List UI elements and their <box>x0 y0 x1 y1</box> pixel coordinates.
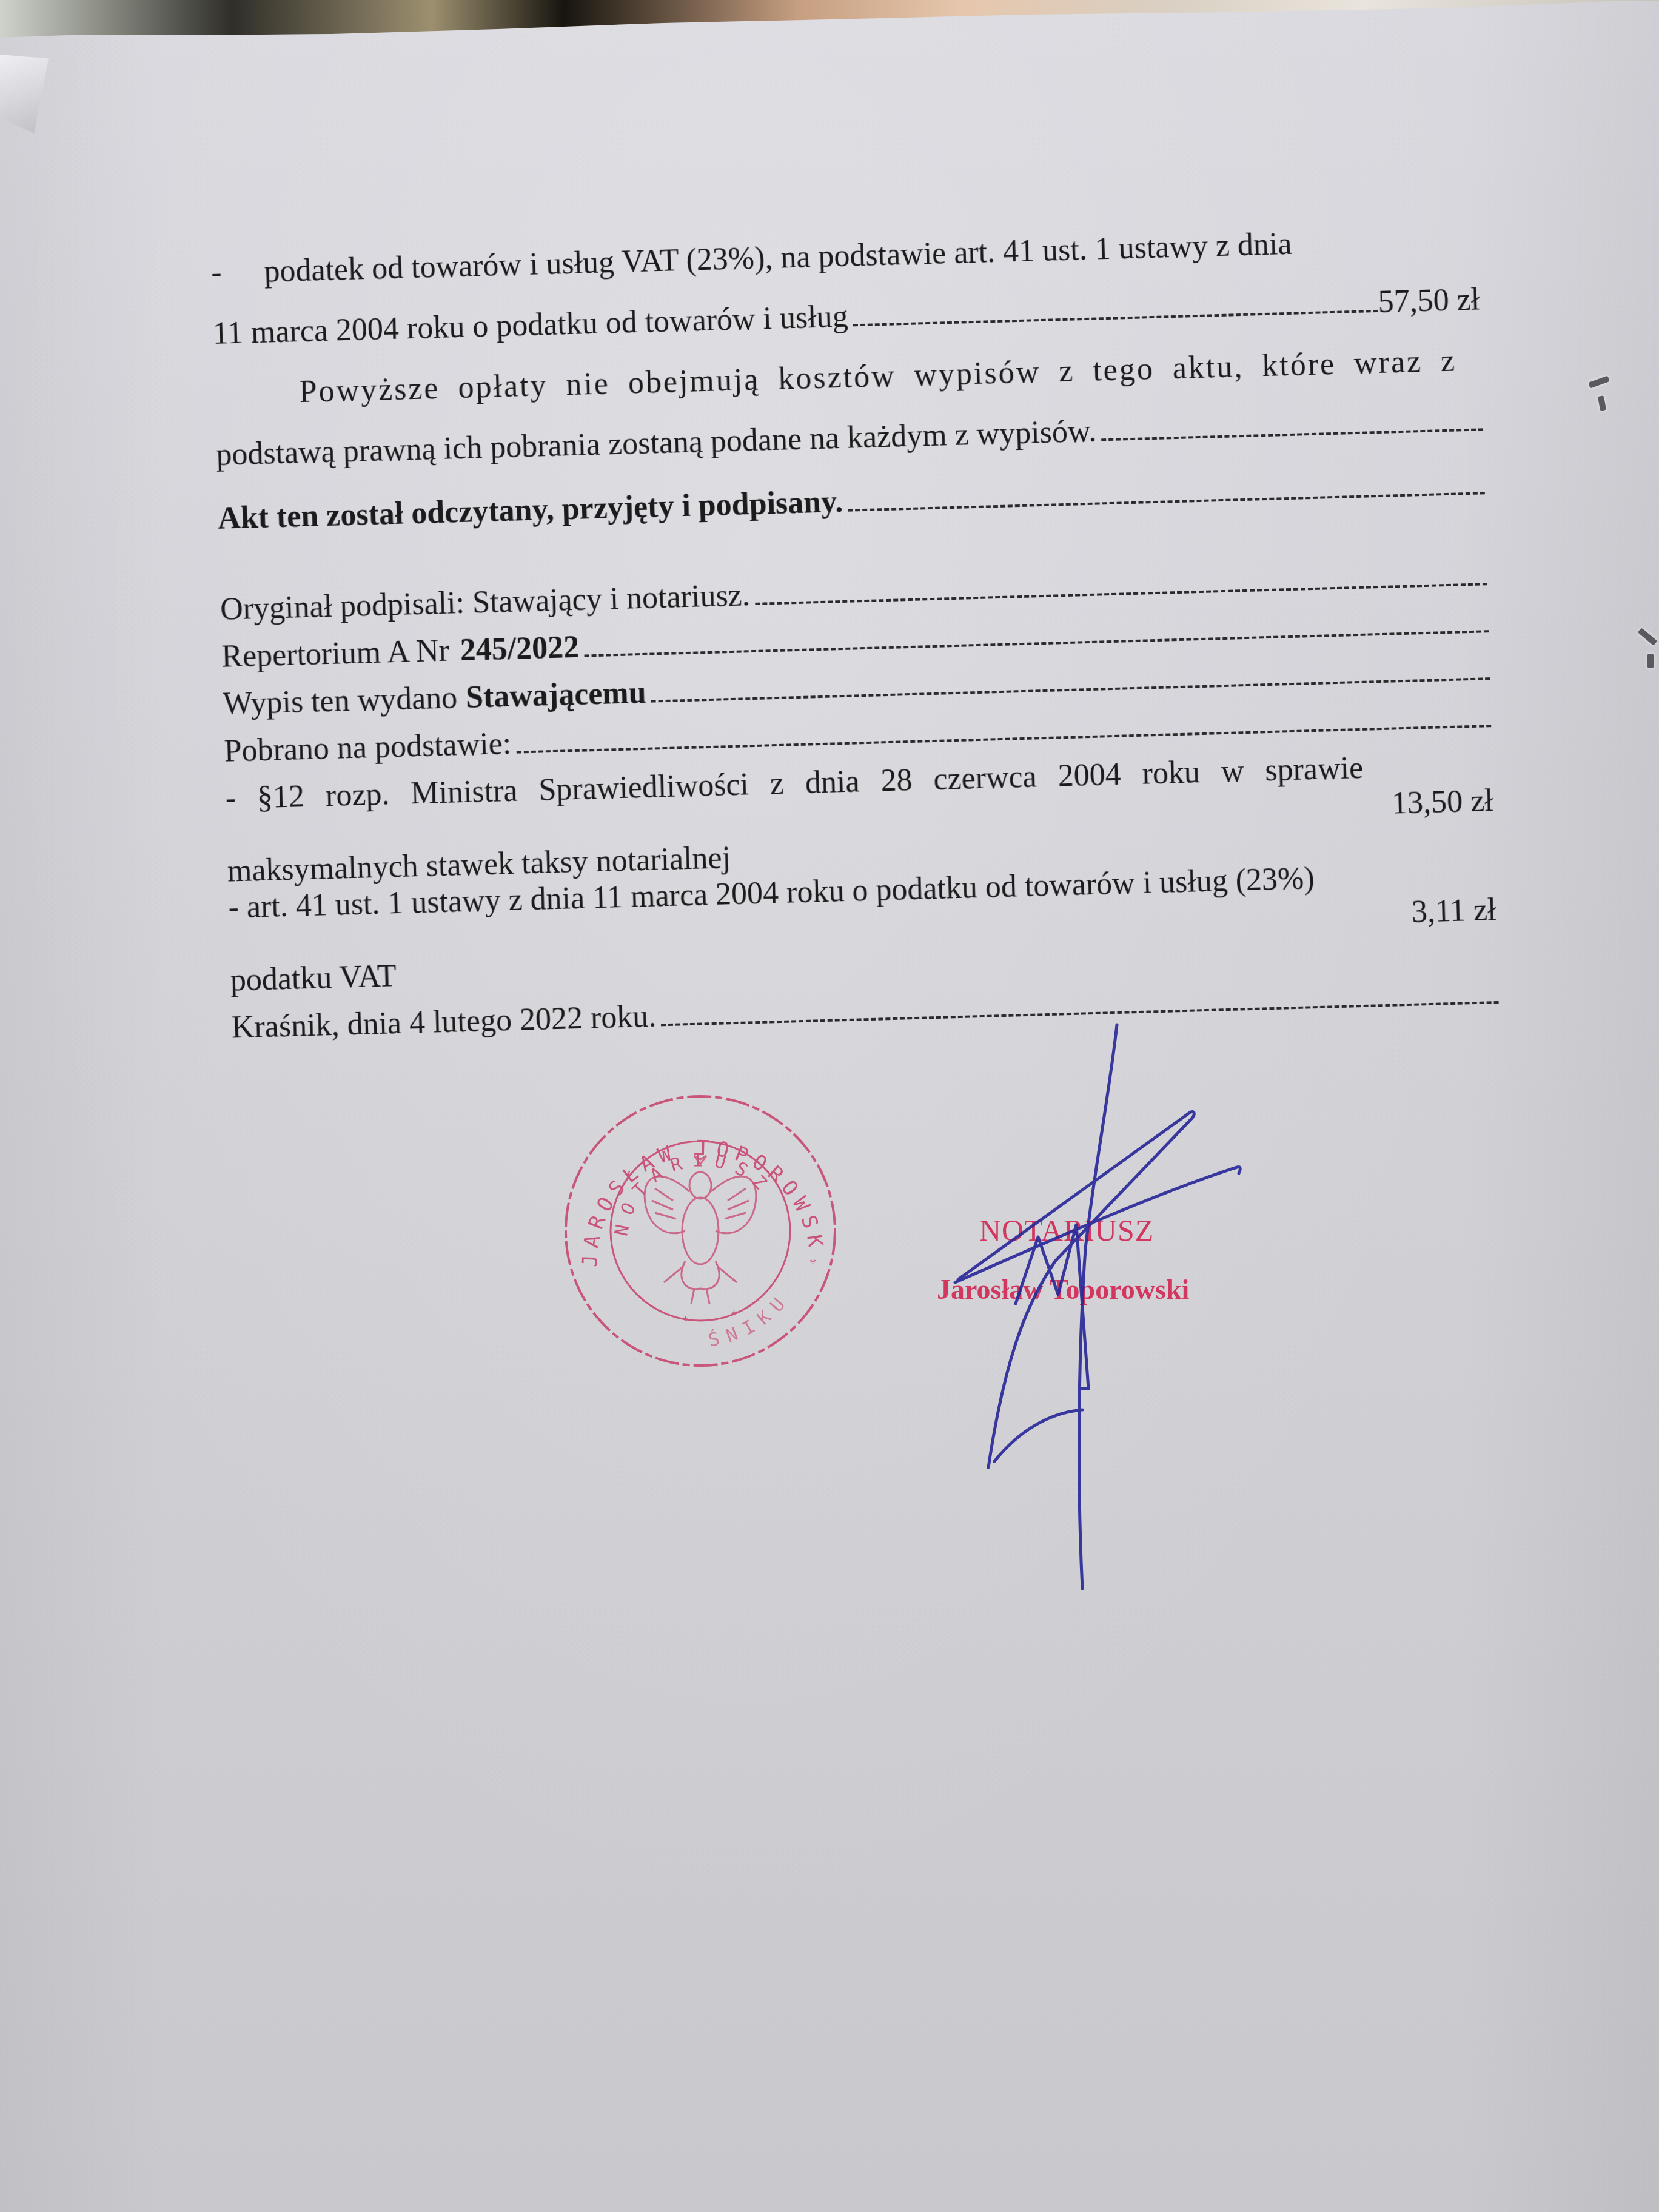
fees-note-text: Powyższe opłaty nie obejmują kosztów wyp… <box>299 345 1457 408</box>
original-signed-text: Oryginał podpisali: Stawający i notarius… <box>220 580 751 626</box>
vat-item-text: podatek od towarów i usług VAT (23%), na… <box>264 229 1292 288</box>
filler-dashes <box>848 492 1485 511</box>
document-page: - podatek od towarów i usług VAT (23%), … <box>0 0 1659 2212</box>
filler-dashes <box>516 725 1491 754</box>
fee1-amount: 13,50 zł <box>1391 785 1493 820</box>
fees-note-line2: podstawą prawną ich pobrania zostaną pod… <box>216 405 1484 471</box>
repertorium-label: Repertorium A Nr <box>221 635 450 673</box>
svg-text:ŚNIKU: ŚNIKU <box>706 1288 795 1352</box>
staple <box>1588 375 1609 388</box>
stamp-bottom-text: ŚNIKU <box>706 1288 795 1352</box>
act-read-statement: Akt ten został odczytany, przyjęty i pod… <box>218 486 843 535</box>
filler-dashes <box>755 583 1487 605</box>
svg-text:*: * <box>731 1307 737 1322</box>
folded-corner <box>0 55 49 133</box>
filler-dashes <box>651 677 1490 702</box>
staple <box>1647 654 1654 668</box>
vat-item-line1: - podatek od towarów i usług VAT (23%), … <box>211 223 1479 289</box>
notary-round-stamp: JAROSŁAW TOPOROWSKI NOTARIUSZ ŚNIKU * * … <box>555 1085 846 1376</box>
copy-issued-label: Wypis ten wydano <box>223 682 458 720</box>
stamp-graphic: JAROSŁAW TOPOROWSKI NOTARIUSZ ŚNIKU * * … <box>555 1085 846 1376</box>
list-dash: - <box>211 257 223 289</box>
fee2-text-cont: podatku VAT <box>230 960 397 996</box>
fee2-amount: 3,11 zł <box>1411 894 1496 928</box>
staple <box>1638 628 1657 646</box>
notary-title-stamp: NOTARIUSZ <box>979 1213 1154 1248</box>
place-date: Kraśnik, dnia 4 lutego 2022 roku. <box>231 1001 657 1044</box>
svg-text:*: * <box>809 1255 816 1270</box>
repertorium-number: 245/2022 <box>460 632 580 666</box>
notary-name-stamp: Jarosław Toporowski <box>937 1273 1189 1305</box>
act-read-line: Akt ten został odczytany, przyjęty i pod… <box>218 469 1486 535</box>
filler-dashes <box>1101 428 1483 441</box>
deed-text: - podatek od towarów i usług VAT (23%), … <box>209 166 1476 200</box>
filler-dashes <box>661 1001 1498 1026</box>
collected-basis-label: Pobrano na podstawie: <box>224 728 512 768</box>
fees-note-text-cont: podstawą prawną ich pobrania zostaną pod… <box>216 416 1097 471</box>
filler-dashes <box>853 310 1378 326</box>
staple <box>1598 395 1606 411</box>
svg-text:*: * <box>682 1313 689 1328</box>
vat-amount: 57,50 zł <box>1378 284 1480 318</box>
filler-dashes <box>584 630 1489 657</box>
vat-item-text-cont: 11 marca 2004 roku o podatku od towarów … <box>212 301 848 350</box>
fees-note-line1: Powyższe opłaty nie obejmują kosztów wyp… <box>214 344 1482 411</box>
copy-issued-recipient: Stawającemu <box>465 677 646 714</box>
vat-item-line2: 11 marca 2004 roku o podatku od towarów … <box>212 284 1480 350</box>
